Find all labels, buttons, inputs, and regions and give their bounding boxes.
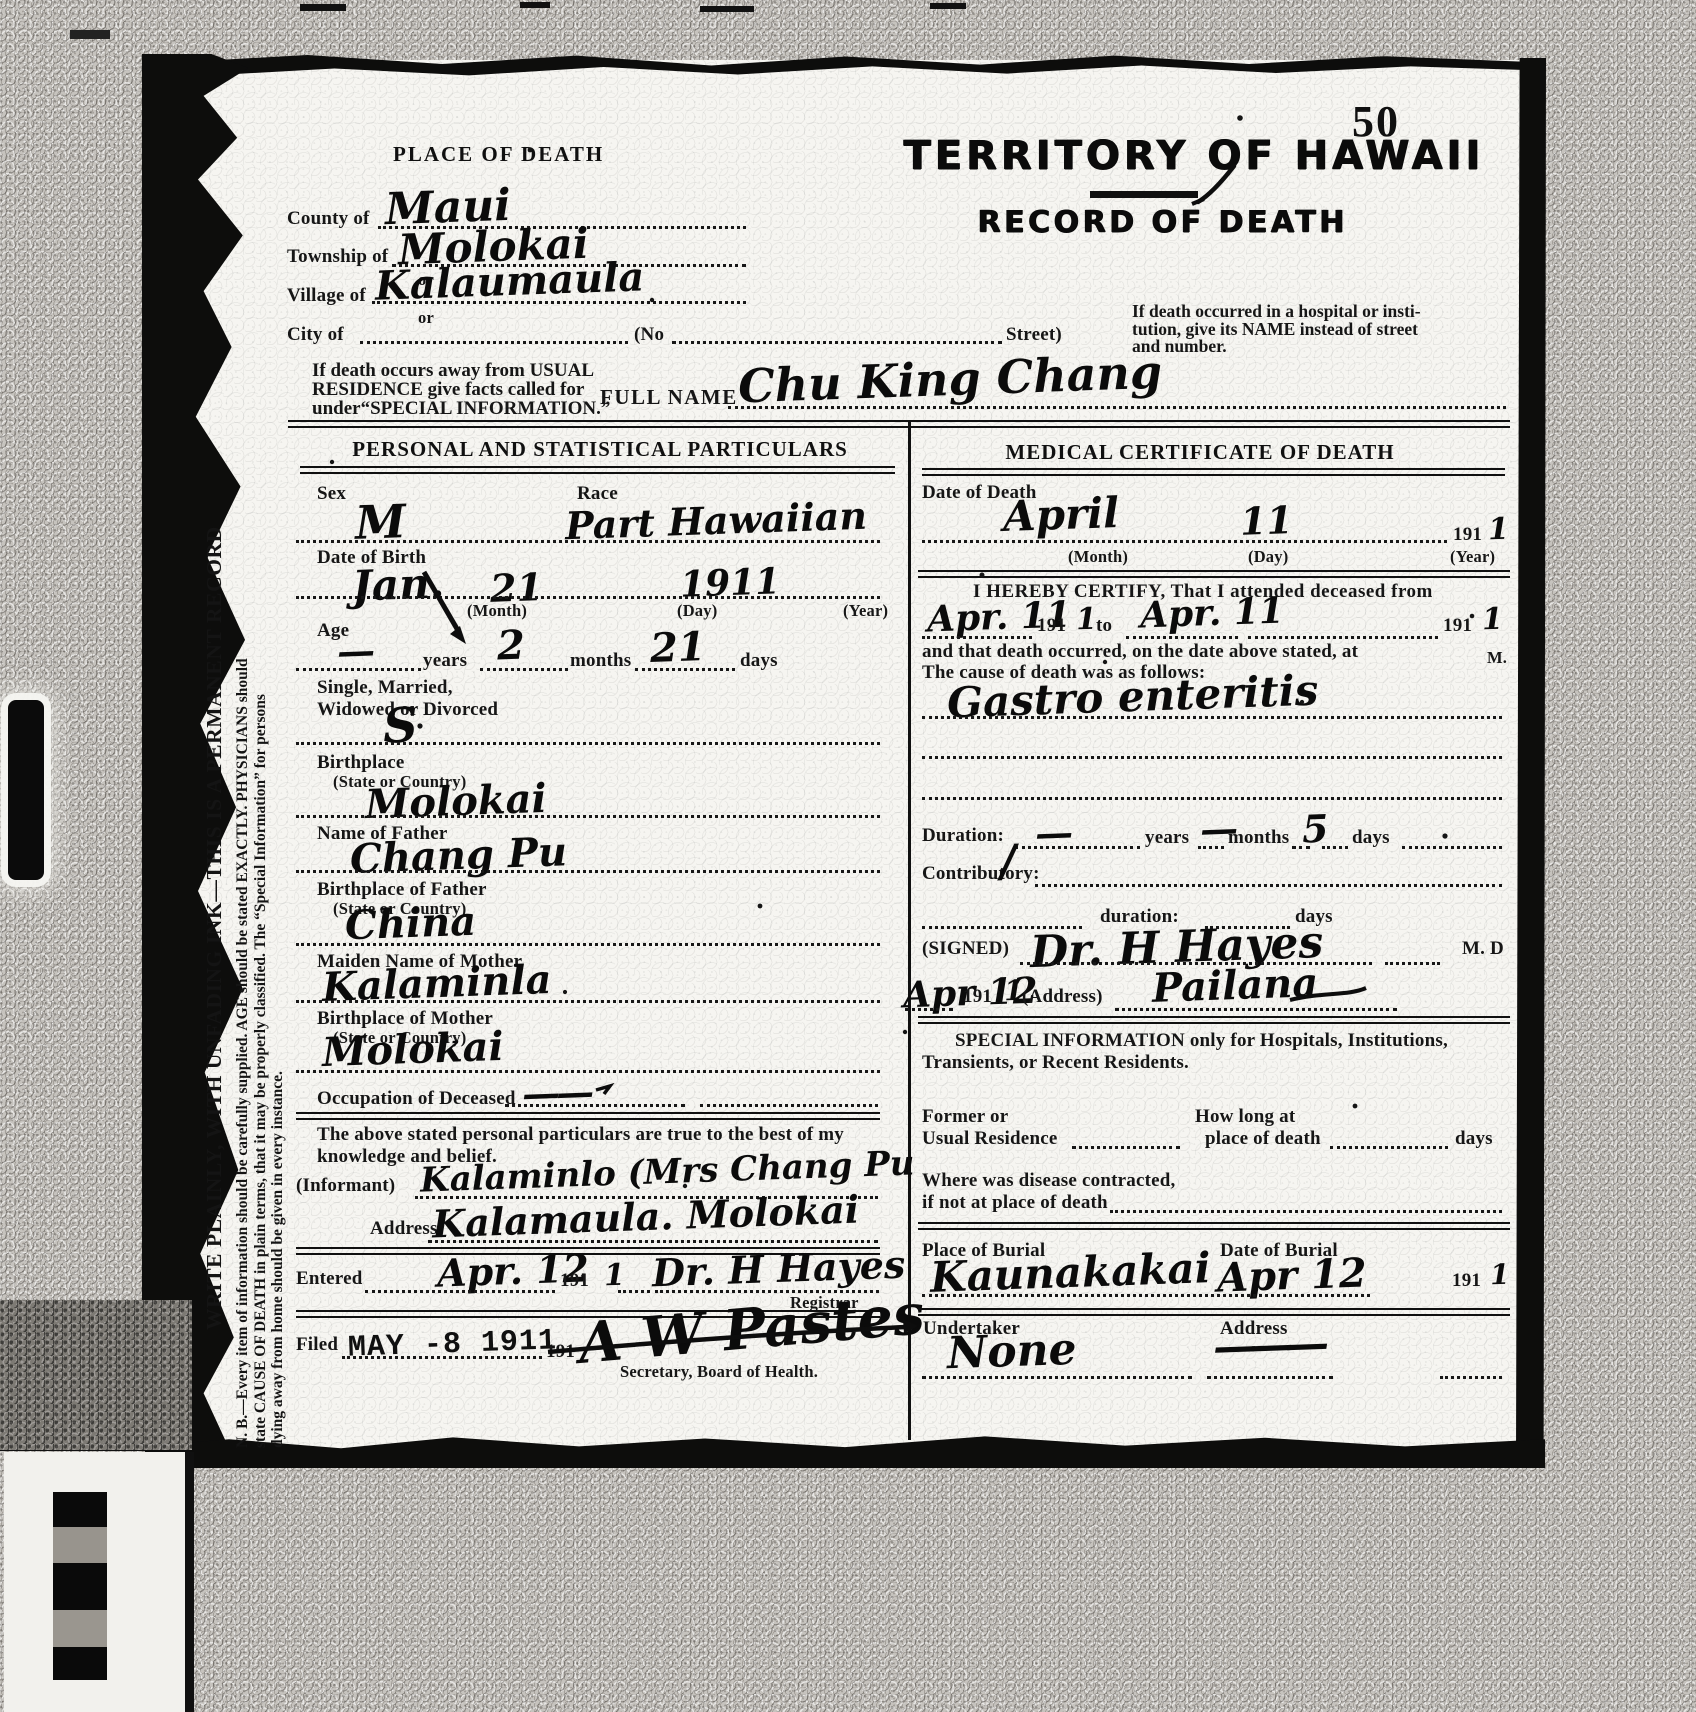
marital-label-1: Single, Married, [317, 677, 453, 699]
truth-note-line1: The above stated personal particulars ar… [317, 1124, 844, 1146]
dotted-line [922, 716, 1502, 719]
city-label: City of [287, 324, 344, 346]
strip-block [53, 1610, 107, 1647]
day-label: (Day) [1248, 547, 1288, 567]
dotted-line [1207, 1376, 1333, 1379]
how-long-label-2: place of death [1205, 1128, 1321, 1150]
dotted-line [505, 1104, 685, 1107]
hospital-note: If death occurred in a hospital or insti… [1132, 303, 1421, 356]
street-label: Street) [1006, 324, 1062, 346]
occupation-label: Occupation of Deceased [317, 1088, 516, 1110]
how-long-label-1: How long at [1195, 1106, 1295, 1128]
film-speck [520, 2, 550, 8]
hospital-note-line3: and number. [1132, 338, 1421, 356]
month-label: (Month) [1068, 547, 1128, 567]
film-sprocket-artifact [8, 700, 44, 880]
father-value: Chang Pu [349, 828, 567, 883]
dotted-line [728, 406, 1506, 409]
margin-instructions: WRITE PLAINLY, WITH UNFADING INK—THIS IS… [202, 248, 287, 1448]
dotted-line [1330, 1146, 1448, 1149]
calibration-strip [53, 1492, 107, 1680]
informant-address-label: Address [370, 1218, 438, 1240]
dotted-line [1110, 1210, 1502, 1213]
village-label: Village of [287, 285, 366, 307]
scanned-death-certificate: WRITE PLAINLY, WITH UNFADING INK—THIS IS… [0, 0, 1696, 1712]
full-name-label: FULL NAME [600, 385, 738, 410]
burial-year-printed: 191 [1452, 1270, 1481, 1292]
dod-year-printed: 191 [1453, 524, 1482, 546]
informant-label: (Informant) [296, 1175, 395, 1197]
rule [296, 1112, 880, 1120]
attended-to-value: Apr. 11 [1139, 590, 1284, 637]
dotted-line [672, 341, 1002, 344]
to-year-printed: 191 [1443, 615, 1472, 637]
dotted-line [1126, 636, 1238, 639]
nb-note-line2: state CAUSE OF DEATH in plain terms, tha… [252, 248, 270, 1448]
record-of-death-title: RECORD OF DEATH [977, 205, 1347, 240]
years-label: years [423, 650, 467, 672]
dotted-line [1440, 1376, 1502, 1379]
age-days-value: 21 [649, 623, 706, 672]
contributory-label: Contributory: [922, 863, 1040, 885]
duration-years-label: years [1145, 827, 1189, 849]
age-months-value: 2 [496, 622, 525, 670]
dotted-line [1072, 1146, 1180, 1149]
dotted-line [296, 540, 880, 543]
dob-month-value: Jan. [351, 558, 445, 610]
residence-note: If death occurs away from USUAL RESIDENC… [312, 361, 610, 418]
filed-label: Filed [296, 1334, 338, 1356]
dotted-line [922, 1294, 1370, 1297]
dotted-line [296, 596, 880, 599]
duration-days-value: 5 [1301, 806, 1329, 852]
sex-label: Sex [317, 483, 346, 505]
dotted-line [1402, 846, 1502, 849]
film-grain-patch [0, 1300, 192, 1450]
filed-year-printed: 191 [546, 1341, 575, 1363]
contracted-label-1: Where was disease contracted, [922, 1170, 1175, 1192]
undertaker-value: None [946, 1324, 1077, 1379]
md-label: M. D [1462, 938, 1504, 960]
dotted-line [922, 636, 1032, 639]
scan-border-right [1516, 58, 1546, 1458]
occupation-value: —— [521, 1069, 591, 1116]
duration-years-value: — [1034, 809, 1074, 855]
hospital-note-line1: If death occurred in a hospital or insti… [1132, 303, 1421, 321]
how-long-days-label: days [1455, 1128, 1493, 1150]
dotted-line [365, 1290, 555, 1293]
nb-note-line1: N. B.—Every item of information should b… [234, 248, 252, 1448]
former-label-2: Usual Residence [922, 1128, 1057, 1150]
dotted-line [1322, 846, 1348, 849]
occurred-line: and that death occurred, on the date abo… [922, 641, 1358, 663]
residence-note-line2: RESIDENCE give facts called for [312, 380, 610, 399]
burial-year-hw: 1 [1489, 1258, 1510, 1292]
age-years-value: — [336, 627, 376, 673]
film-speck [300, 4, 346, 11]
dotted-line [922, 797, 1502, 800]
dotted-line [296, 943, 880, 946]
rule [918, 1016, 1510, 1024]
duration-days-label: days [1352, 827, 1390, 849]
write-plainly-note: WRITE PLAINLY, WITH UNFADING INK—THIS IS… [202, 248, 227, 1448]
dotted-line [372, 301, 746, 304]
dotted-line [296, 668, 421, 671]
year-label: (Year) [1450, 547, 1495, 567]
special-note-line1: SPECIAL INFORMATION only for Hospitals, … [955, 1030, 1448, 1052]
medical-title: MEDICAL CERTIFICATE OF DEATH [920, 440, 1480, 465]
contracted-label-2: if not at place of death [922, 1192, 1108, 1214]
from-year-printed: 191 [1037, 615, 1066, 637]
rule [922, 468, 1505, 476]
strip-block [53, 1647, 107, 1680]
township-label: Township of [287, 246, 388, 268]
strip-block [53, 1563, 107, 1610]
m-label: M. [1487, 648, 1507, 668]
territory-underline [1090, 191, 1198, 198]
from-year-hw: 1 [1075, 602, 1097, 638]
dod-year-hw: 1 [1487, 512, 1509, 548]
to-label: to [1096, 615, 1112, 637]
dod-day-value: 11 [1239, 497, 1293, 544]
dotted-line [1035, 884, 1502, 887]
month-label: (Month) [467, 601, 527, 621]
dotted-line [905, 1008, 953, 1011]
residence-note-line1: If death occurs away from USUAL [312, 361, 610, 380]
undertaker-address-value: ——— [1212, 1318, 1322, 1373]
signed-year-printed: 191 [963, 986, 992, 1008]
dotted-line [360, 341, 628, 344]
dotted-line [342, 1356, 542, 1359]
dotted-line [296, 742, 880, 745]
dotted-line [1248, 636, 1438, 639]
no-label: (No [634, 324, 664, 346]
dotted-line [922, 540, 1447, 543]
film-speck [700, 6, 754, 12]
county-label: County of [287, 208, 370, 230]
or-label-2: or [418, 308, 434, 328]
film-speck [70, 30, 110, 39]
residence-note-line3: under“SPECIAL INFORMATION.” [312, 399, 610, 418]
rule [918, 570, 1510, 578]
days-label: days [740, 650, 778, 672]
former-label-1: Former or [922, 1106, 1008, 1128]
months-label: months [570, 650, 631, 672]
birthplace-label: Birthplace [317, 752, 405, 774]
signed-address-value: Pailana [1151, 959, 1319, 1012]
personal-title: PERSONAL AND STATISTICAL PARTICULARS [300, 437, 900, 462]
rule [918, 1308, 1510, 1316]
birthplace-value: Molokai [364, 775, 547, 828]
dod-month-value: April [1002, 488, 1120, 541]
territory-title: TERRITORY OF HAWAII [903, 133, 1484, 179]
strip-block [53, 1527, 107, 1563]
rule [300, 466, 895, 474]
signed-year-hw: 1 [1003, 974, 1024, 1008]
filed-date-stamp: MAY -8 1911 [347, 1324, 557, 1365]
dotted-line [618, 1290, 650, 1293]
entered-year-hw: 1 [603, 1258, 625, 1294]
dotted-line [296, 815, 880, 818]
dotted-line [700, 1104, 878, 1107]
dotted-line [922, 756, 1502, 759]
entered-year-printed: 191 [560, 1270, 589, 1292]
duration-label: Duration: [922, 825, 1004, 847]
nb-note-line3: dying away from home should be given in … [269, 248, 287, 1448]
dotted-line [296, 1000, 880, 1003]
marital-value: S [382, 697, 419, 754]
film-speck [930, 3, 966, 9]
rule [918, 1222, 1510, 1230]
film-strip-divider [185, 1452, 194, 1712]
dotted-line [296, 870, 880, 873]
mother-birthplace-value: Molokai [321, 1023, 504, 1076]
to-year-hw: 1 [1481, 602, 1503, 638]
dotted-line [922, 1376, 1192, 1379]
duration-months-label: months [1228, 827, 1289, 849]
strip-block [53, 1492, 107, 1527]
day-label: (Day) [677, 601, 717, 621]
place-of-death-title: PLACE OF DEATH [393, 142, 604, 167]
dotted-line [1385, 962, 1440, 965]
dotted-line [1015, 846, 1140, 849]
signed-label: (SIGNED) [922, 938, 1009, 960]
special-note-line2: Transients, or Recent Residents. [922, 1052, 1189, 1074]
secretary-label: Secretary, Board of Health. [620, 1362, 818, 1382]
section-top-rule [288, 420, 1510, 428]
year-label: (Year) [843, 601, 888, 621]
signed-address-label: (Address) [1022, 986, 1103, 1008]
entered-label: Entered [296, 1268, 363, 1290]
father-birthplace-value: China [344, 898, 477, 950]
dotted-line [428, 1240, 878, 1243]
contributory-value: / [999, 836, 1017, 888]
